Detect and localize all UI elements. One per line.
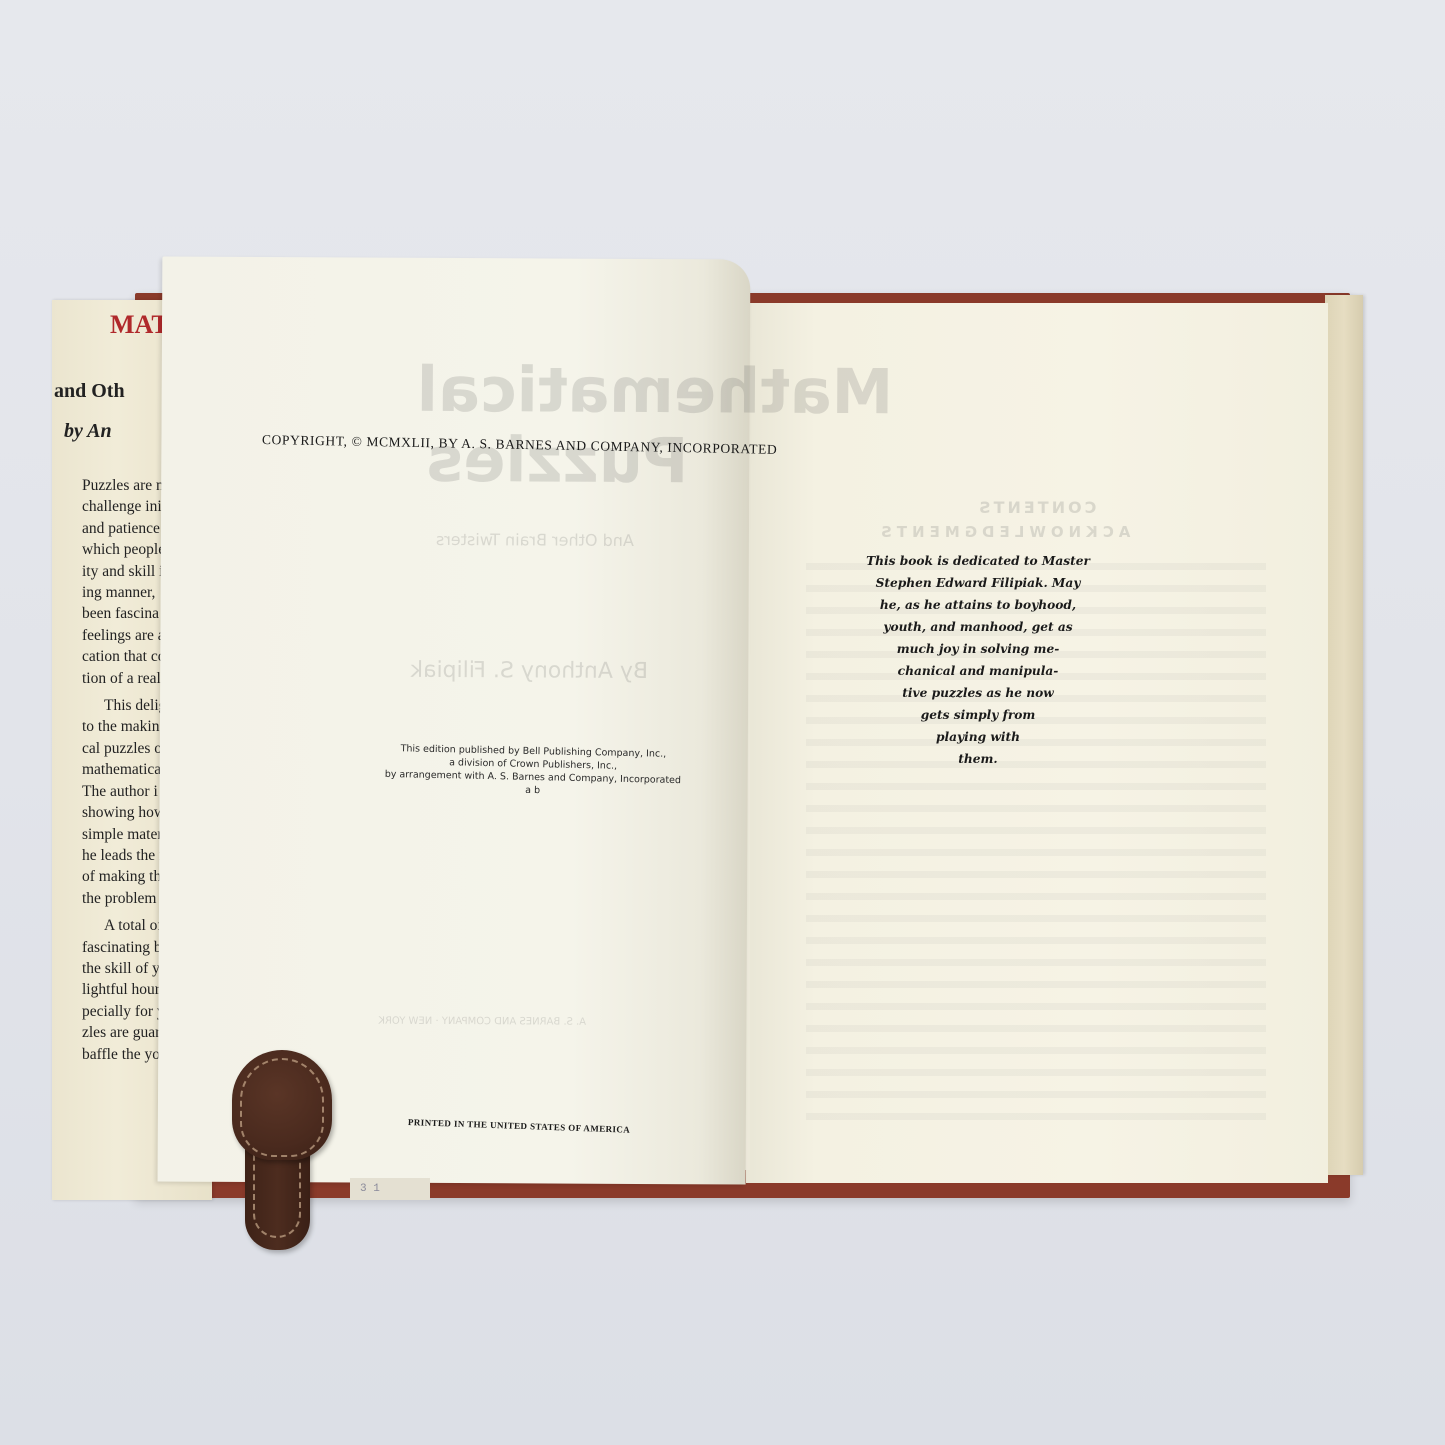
jacket-byline: by An [64,420,112,443]
show-through-title-2: Puzzles [426,423,688,497]
bookmark-stitching [240,1058,324,1157]
dedication-line: youth, and manhood, get as [848,616,1108,638]
show-through-acknowledgments: ACKNOWLEDGMENTS [876,523,1130,541]
dedication-line: much joy in solving me- [848,638,1108,660]
library-label: 3 1 [350,1178,430,1200]
jacket-title-line1: MAT [110,310,169,340]
dedication-line: he, as he attains to boyhood, [848,594,1108,616]
leather-bookmark-icon[interactable] [232,1050,332,1160]
dedication-line: gets simply from [848,704,1108,726]
dedication-line: them. [848,748,1108,770]
show-through-author: By Anthony S. Filipiak [410,658,648,684]
dedication-line: chanical and manipula- [848,660,1108,682]
show-through-publisher: A. S. BARNES AND COMPANY · NEW YORK [378,1016,586,1028]
dedication-text: This book is dedicated to Master Stephen… [848,550,1108,770]
jacket-subtitle: and Oth [54,380,125,403]
edition-notice: This edition published by Bell Publishin… [377,742,688,800]
show-through-contents: CONTENTS [976,498,1096,517]
dedication-line: This book is dedicated to Master [848,550,1108,572]
copyright-page: Mathematical Puzzles And Other Brain Twi… [158,256,751,1184]
dedication-line: tive puzzles as he now [848,682,1108,704]
dedication-line: Stephen Edward Filipiak. May [848,572,1108,594]
show-through-subtitle: And Other Brain Twisters [436,530,634,550]
dedication-line: playing with [848,726,1108,748]
show-through-title-1: Mathematical [417,353,894,428]
dust-jacket-right-flap [1325,295,1363,1175]
